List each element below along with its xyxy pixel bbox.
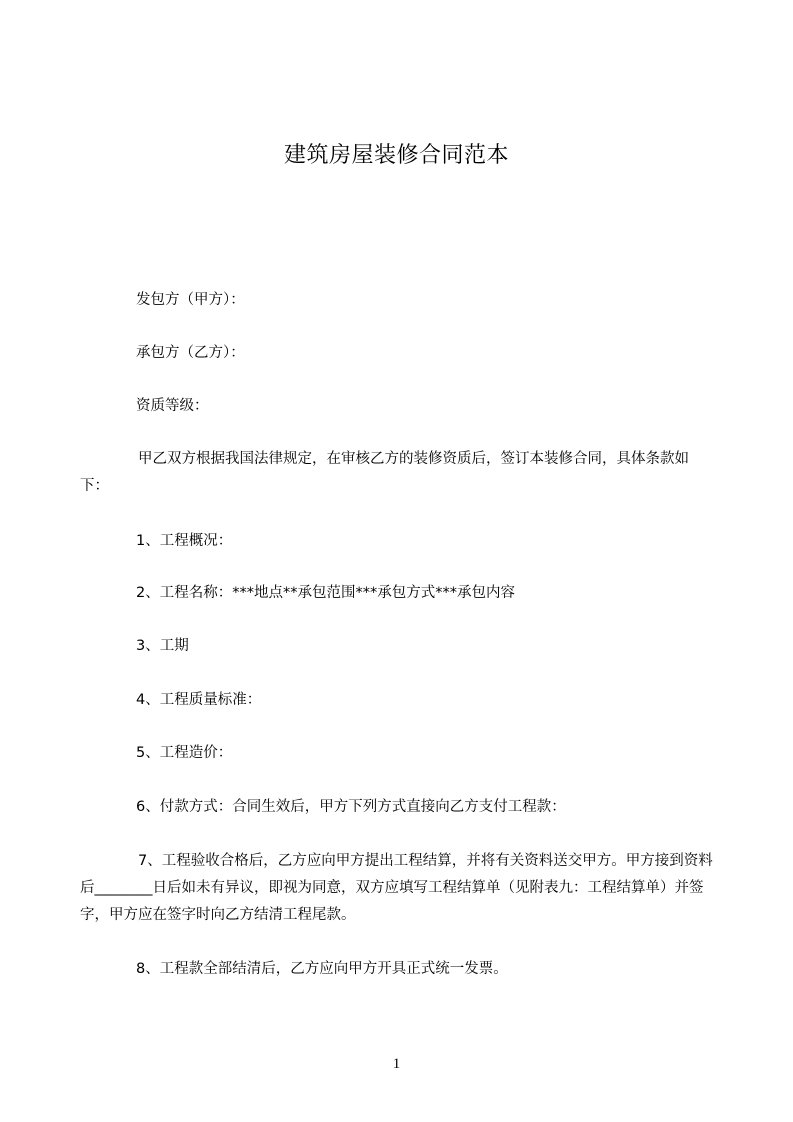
clause-6: 6、付款方式：合同生效后，甲方下列方式直接向乙方支付工程款：: [80, 794, 714, 821]
clause-5: 5、工程造价：: [80, 740, 714, 767]
clause-7: 7、工程验收合格后，乙方应向甲方提出工程结算，并将有关资料送交甲方。甲方接到资料…: [80, 848, 714, 929]
qualification-line: 资质等级：: [80, 393, 714, 420]
clause-4: 4、工程质量标准：: [80, 687, 714, 714]
clause-1: 1、工程概况：: [80, 528, 714, 555]
clause-2: 2、工程名称：***地点**承包范围***承包方式***承包内容: [80, 580, 714, 607]
document-title: 建筑房屋装修合同范本: [0, 141, 793, 171]
document-page: 建筑房屋装修合同范本 发包方（甲方）： 承包方（乙方）： 资质等级： 甲乙双方根…: [0, 0, 793, 1122]
clause-8: 8、工程款全部结清后，乙方应向甲方开具正式统一发票。: [80, 956, 714, 983]
contractor-line: 承包方（乙方）：: [80, 340, 714, 367]
page-number: 1: [0, 1054, 793, 1074]
clause-3: 3、工期: [80, 633, 714, 660]
employer-line: 发包方（甲方）：: [80, 287, 714, 314]
intro-paragraph: 甲乙双方根据我国法律规定，在审核乙方的装修资质后，签订本装修合同，具体条款如下：: [80, 446, 714, 500]
